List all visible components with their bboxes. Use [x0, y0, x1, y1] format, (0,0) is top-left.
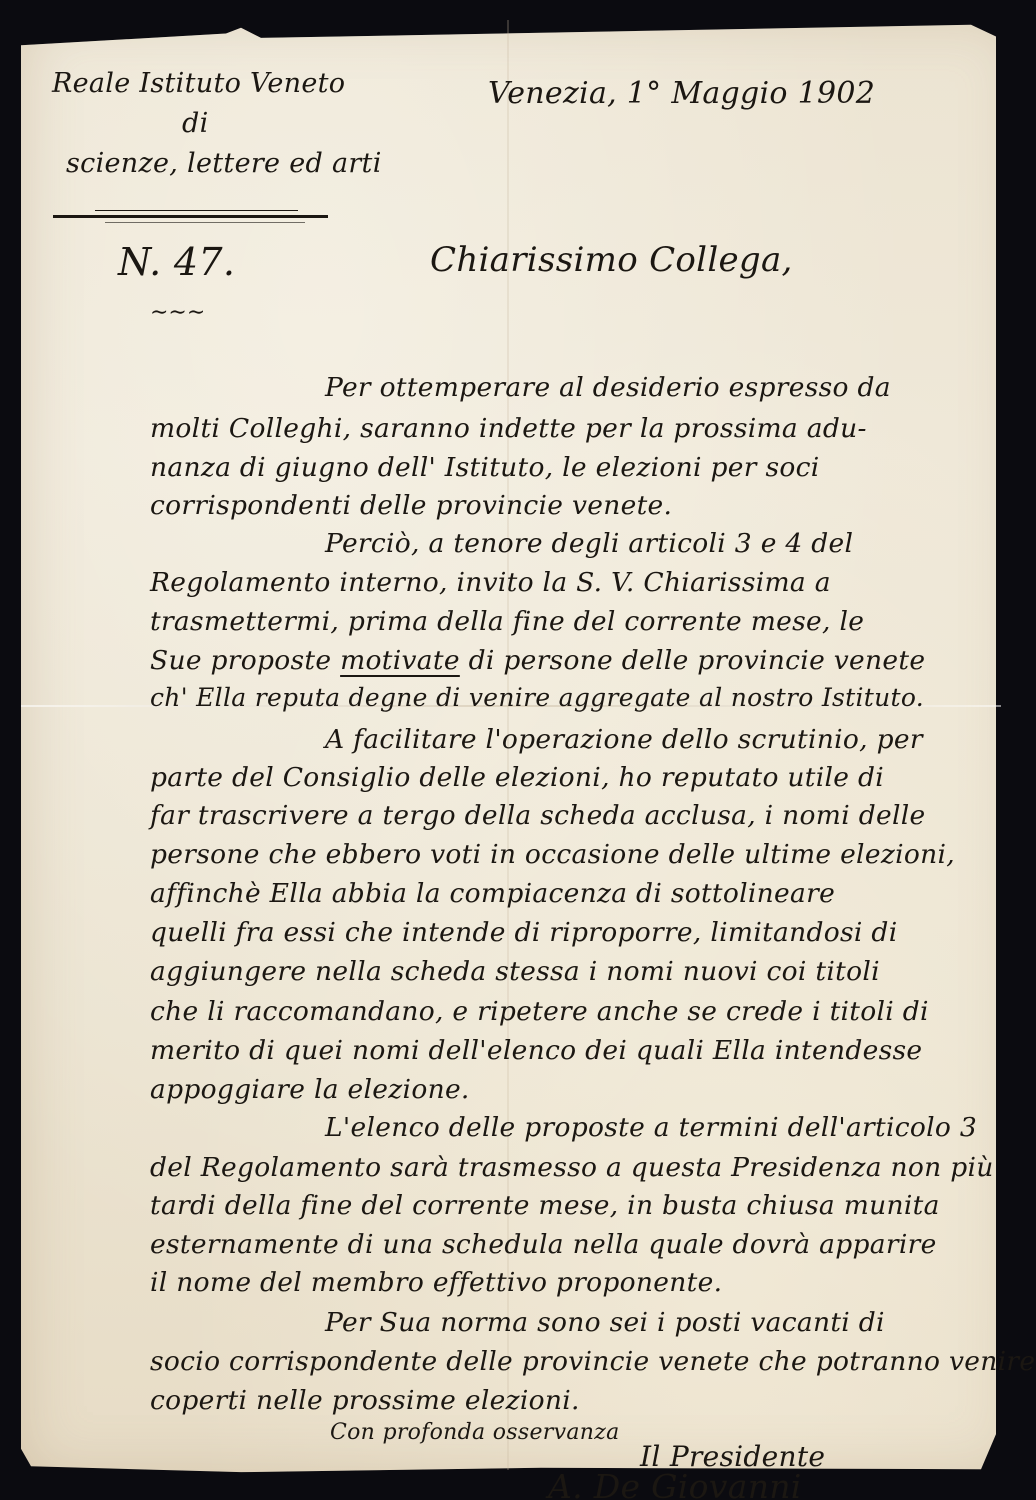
decorative-flourish: ∼∼∼	[150, 300, 205, 325]
body-line: Perciò, a tenore degli articoli 3 e 4 de…	[325, 528, 853, 559]
emphasized-word: motivate	[340, 645, 460, 676]
body-line: Sue proposte motivate di persone delle p…	[150, 645, 925, 676]
letterhead-rule-top	[95, 210, 298, 211]
body-line: A facilitare l'operazione dello scrutini…	[325, 724, 923, 755]
letterhead-line-3: scienze, lettere ed arti	[66, 148, 382, 179]
letterhead-rule	[53, 215, 328, 218]
body-line: esternamente di una schedula nella quale…	[150, 1229, 937, 1260]
body-line: il nome del membro effettivo proponente.	[150, 1267, 722, 1298]
body-line: corrispondenti delle provincie venete.	[150, 490, 672, 521]
body-line: far trascrivere a tergo della scheda acc…	[150, 800, 925, 831]
body-line: parte del Consiglio delle elezioni, ho r…	[150, 762, 884, 793]
body-line: Per Sua norma sono sei i posti vacanti d…	[325, 1307, 885, 1338]
body-line: affinchè Ella abbia la compiacenza di so…	[150, 878, 835, 909]
body-line: ch' Ella reputa degne di venire aggregat…	[150, 683, 924, 712]
body-line: Per ottemperare al desiderio espresso da	[325, 372, 891, 403]
body-line: del Regolamento sarà trasmesso a questa …	[150, 1152, 994, 1183]
body-text: di persone delle provincie venete	[469, 645, 926, 676]
signature-name: A. De Giovanni	[548, 1467, 802, 1500]
body-line: socio corrispondente delle provincie ven…	[150, 1346, 1035, 1377]
body-line: merito di quei nomi dell'elenco dei qual…	[150, 1035, 922, 1066]
body-line: appoggiare la elezione.	[150, 1074, 470, 1105]
letterhead-line-1: Reale Istituto Veneto	[52, 68, 345, 99]
body-line: persone che ebbero voti in occasione del…	[150, 839, 955, 870]
letterhead-line-2: di	[182, 108, 209, 139]
closing: Con profonda osservanza	[330, 1420, 620, 1445]
salutation: Chiarissimo Collega,	[430, 240, 793, 280]
body-line: trasmettermi, prima della fine del corre…	[150, 606, 864, 637]
body-line: che li raccomandano, e ripetere anche se…	[150, 996, 929, 1027]
body-line: coperti nelle prossime elezioni.	[150, 1385, 580, 1416]
body-line: quelli fra essi che intende di riproporr…	[150, 917, 897, 948]
body-text: Sue proposte	[150, 645, 331, 676]
body-line: aggiungere nella scheda stessa i nomi nu…	[150, 956, 880, 987]
body-line: L'elenco delle proposte a termini dell'a…	[325, 1112, 977, 1143]
letterhead-rule-bottom	[105, 222, 305, 223]
body-line: tardi della fine del corrente mese, in b…	[150, 1190, 940, 1221]
place-date: Venezia, 1° Maggio 1902	[488, 76, 875, 111]
protocol-number: N. 47.	[118, 240, 235, 284]
body-line: molti Colleghi, saranno indette per la p…	[150, 413, 867, 444]
body-line: Regolamento interno, invito la S. V. Chi…	[150, 567, 831, 598]
body-line: nanza di giugno dell' Istituto, le elezi…	[150, 452, 820, 483]
